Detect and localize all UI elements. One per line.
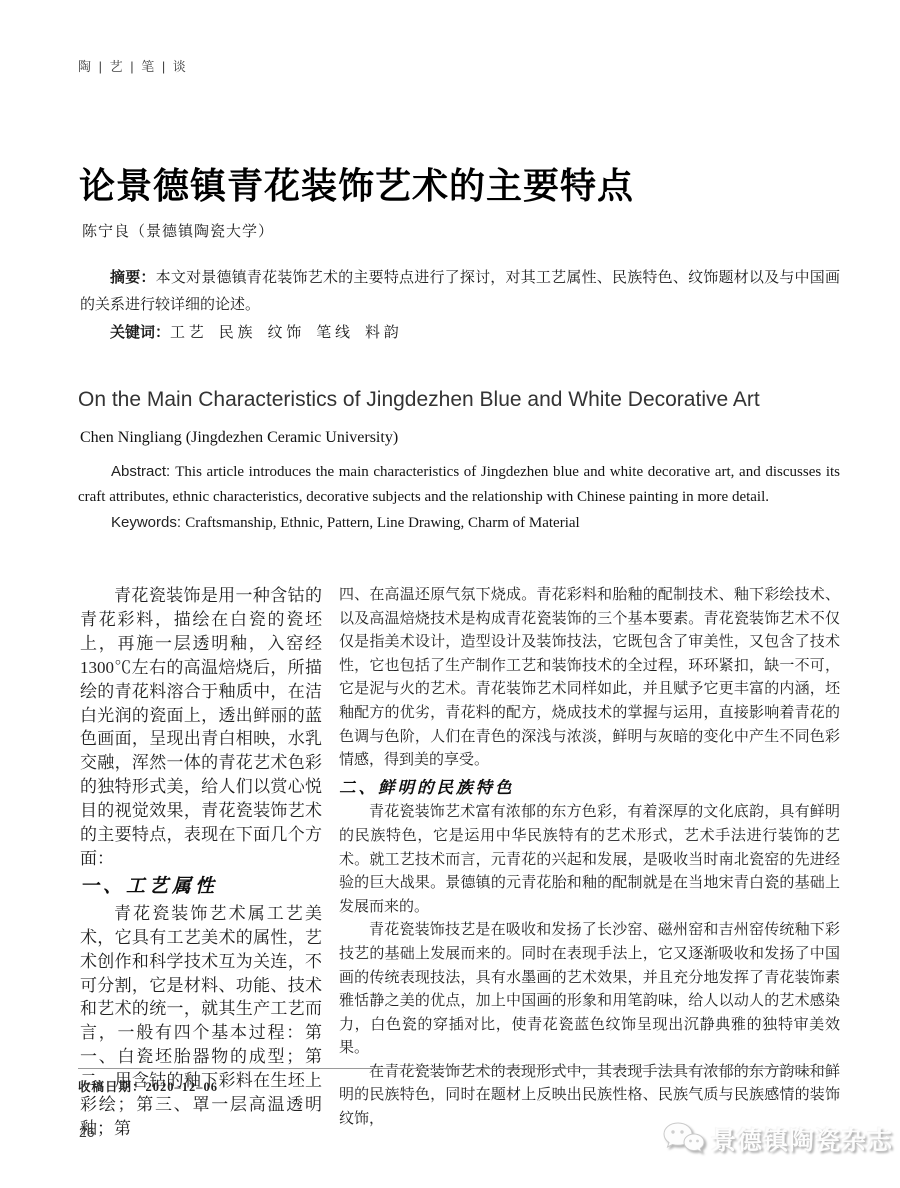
body-paragraph: 青花瓷装饰技艺是在吸收和发扬了长沙窑、磁州窑和吉州窑传统釉下彩技艺的基础上发展而… [339, 919, 840, 1061]
article-author-zh: 陈宁良（景德镇陶瓷大学） [82, 220, 274, 241]
abstract-en-paragraph: Abstract: This article introduces the ma… [78, 459, 840, 510]
body-left-column: 青花瓷装饰是用一种含钴的青花彩料，描绘在白瓷的瓷坯上，再施一层透明釉，入窑经13… [80, 584, 322, 1141]
article-title-en: On the Main Characteristics of Jingdezhe… [78, 388, 760, 412]
body-paragraph: 青花瓷装饰艺术富有浓郁的东方色彩，有着深厚的文化底韵，具有鲜明的民族特色，它是运… [339, 801, 840, 919]
keywords-en-text: Craftsmanship, Ethnic, Pattern, Line Dra… [185, 515, 579, 531]
journal-watermark: 景德镇陶瓷杂志 [662, 1120, 893, 1158]
article-body: 青花瓷装饰是用一种含钴的青花彩料，描绘在白瓷的瓷坯上，再施一层透明釉，入窑经13… [80, 584, 840, 1141]
keywords-zh-paragraph: 关键词：工 艺 民 族 纹 饰 笔 线 料 韵 [80, 319, 840, 347]
section-heading-1: 一、工艺属性 [80, 875, 322, 899]
chinese-abstract-block: 摘要：本文对景德镇青花装饰艺术的主要特点进行了探讨，对其工艺属性、民族特色、纹饰… [80, 264, 840, 347]
abstract-zh-paragraph: 摘要：本文对景德镇青花装饰艺术的主要特点进行了探讨，对其工艺属性、民族特色、纹饰… [80, 264, 840, 319]
abstract-en-label: Abstract: [111, 463, 175, 480]
keywords-en-label: Keywords: [111, 514, 185, 531]
body-right-column: 四、在高温还原气氛下烧成。青花彩料和胎釉的配制技术、釉下彩绘技术、以及高温焙烧技… [339, 584, 840, 1141]
footer-divider [78, 1068, 835, 1069]
watermark-text: 景德镇陶瓷杂志 [711, 1121, 893, 1157]
keywords-zh-text: 工 艺 民 族 纹 饰 笔 线 料 韵 [170, 325, 399, 341]
section-heading-2: 二、鲜明的民族特色 [339, 776, 840, 800]
abstract-zh-label: 摘要： [110, 269, 156, 286]
page-number: 26 [79, 1124, 95, 1140]
journal-section-tag: 陶 | 艺 | 笔 | 谈 [78, 56, 188, 75]
journal-page: 陶 | 艺 | 笔 | 谈 论景德镇青花装饰艺术的主要特点 陈宁良（景德镇陶瓷大… [0, 0, 900, 1188]
keywords-en-paragraph: Keywords: Craftsmanship, Ethnic, Pattern… [78, 510, 840, 536]
body-paragraph: 四、在高温还原气氛下烧成。青花彩料和胎釉的配制技术、釉下彩绘技术、以及高温焙烧技… [339, 584, 840, 773]
abstract-en-text: This article introduces the main charact… [78, 464, 840, 505]
received-date: 收稿日期：2020–12–06 [78, 1077, 218, 1095]
english-abstract-block: Abstract: This article introduces the ma… [78, 459, 840, 536]
body-paragraph: 青花瓷装饰艺术属工艺美术，它具有工艺美术的属性，艺术创作和科学技术互为关连，不可… [80, 902, 322, 1141]
article-title-zh: 论景德镇青花装饰艺术的主要特点 [79, 158, 634, 209]
wechat-icon [662, 1120, 706, 1158]
article-author-en: Chen Ningliang (Jingdezhen Ceramic Unive… [80, 429, 398, 447]
body-paragraph: 青花瓷装饰是用一种含钴的青花彩料，描绘在白瓷的瓷坯上，再施一层透明釉，入窑经13… [80, 584, 322, 871]
keywords-zh-label: 关键词： [110, 324, 170, 341]
abstract-zh-text: 本文对景德镇青花装饰艺术的主要特点进行了探讨，对其工艺属性、民族特色、纹饰题材以… [80, 270, 840, 313]
